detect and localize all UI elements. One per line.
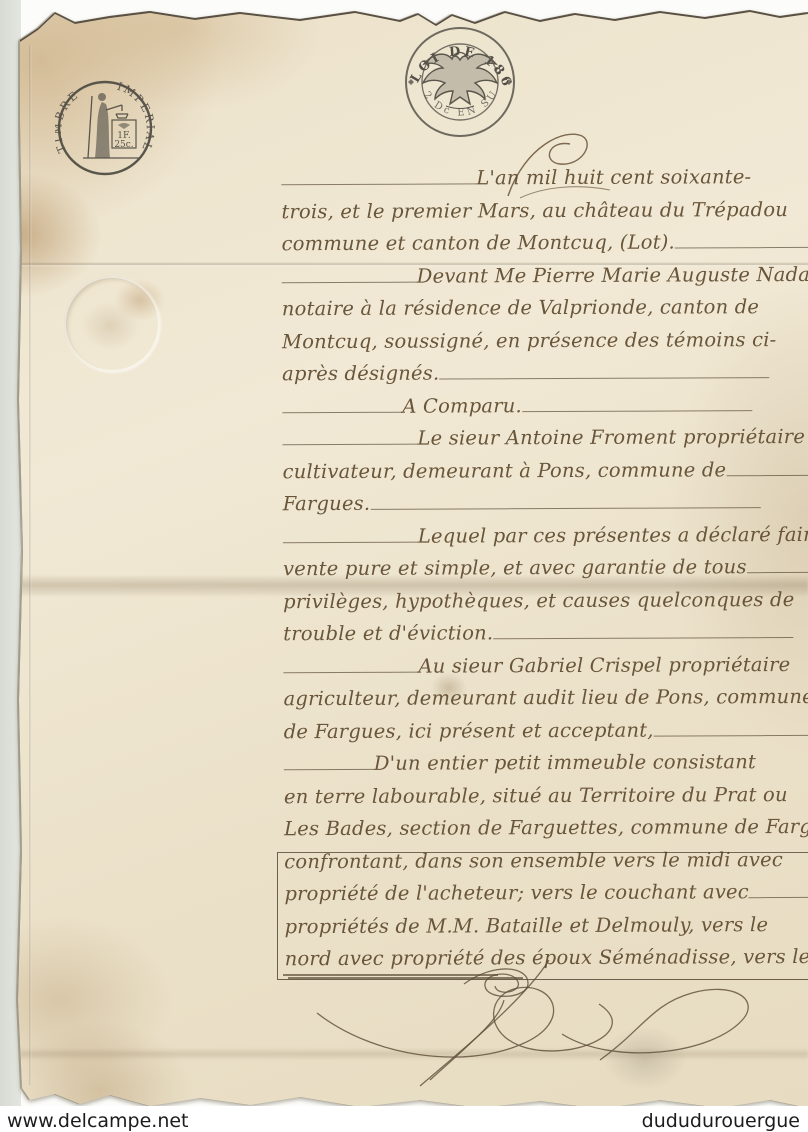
scanned-document-page: TIMBRE IMPERIAL. 1F. 25c. — [0, 0, 808, 1132]
stamp-value-bottom: 25c. — [114, 140, 133, 150]
ruled-fill-line — [439, 375, 769, 379]
svg-text:TIMBRE: TIMBRE — [55, 88, 82, 155]
handwritten-line: A Comparu. — [282, 388, 808, 423]
handwritten-line: L'an mil huit cent soixante- — [281, 161, 808, 196]
handwritten-line: Les Bades, section de Farguettes, commun… — [284, 811, 808, 846]
paraph-flourish-icon — [312, 958, 782, 1093]
ruled-fill-line — [522, 408, 752, 412]
embossed-eagle-seal-icon — [64, 276, 160, 372]
handwritten-line: Devant Me Pierre Marie Auguste Nadal — [282, 258, 808, 293]
ruled-fill-line — [370, 505, 760, 510]
ruled-fill-line — [654, 732, 808, 736]
ruled-fill-line — [282, 409, 402, 413]
handwritten-line: Fargues. — [283, 486, 808, 521]
handwritten-line: notaire à la résidence de Valprionde, ca… — [282, 291, 808, 326]
watermark-site-url: www.delcampe.net — [7, 1110, 189, 1132]
handwritten-line: vente pure et simple, et avec garantie d… — [283, 551, 808, 586]
handwritten-line: trois, et le premier Mars, au château du… — [281, 193, 808, 228]
handwritten-line: cultivateur, demeurant à Pons, commune d… — [283, 453, 808, 488]
fold-crease — [29, 45, 32, 1085]
ruled-fill-line — [282, 279, 417, 283]
handwritten-line: de Fargues, ici présent et acceptant, — [284, 713, 808, 748]
ruled-fill-line — [283, 669, 418, 673]
handwritten-line: après désignés. — [282, 356, 808, 391]
ruled-fill-line — [282, 442, 417, 446]
ruled-fill-line — [493, 635, 793, 639]
ruled-fill-line — [283, 539, 418, 543]
loi-1862-stamp: LOI DE 1862 2 Dc EN SUS — [394, 22, 526, 142]
watermark-strip: www.delcampe.net dududurouergue — [0, 1106, 808, 1132]
handwritten-line: Montcuq, soussigné, en présence des témo… — [282, 323, 808, 358]
ruled-fill-line — [726, 472, 808, 476]
aged-paper-sheet: TIMBRE IMPERIAL. 1F. 25c. — [0, 0, 808, 1132]
watermark-seller-name: dududurouergue — [642, 1110, 800, 1132]
handwritten-line: trouble et d'éviction. — [283, 616, 808, 651]
handwritten-line: Lequel par ces présentes a déclaré faire — [283, 518, 808, 553]
handwritten-line: Au sieur Gabriel Crispel propriétaire — [283, 648, 808, 683]
ruled-fill-line — [284, 767, 374, 770]
handwritten-line: en terre labourable, situé au Territoire… — [284, 778, 808, 813]
handwritten-line: commune et canton de Montcuq, (Lot). — [282, 226, 808, 261]
handwritten-line: agriculteur, demeurant audit lieu de Pon… — [283, 681, 808, 716]
ruled-fill-line — [675, 245, 808, 249]
handwritten-line: D'un entier petit immeuble consistant — [284, 746, 808, 781]
handwritten-line: privilèges, hypothèques, et causes quelc… — [283, 583, 808, 618]
stamp-arc-left: TIMBRE — [55, 88, 82, 155]
ruled-fill-line — [281, 181, 476, 185]
timbre-imperial-stamp: TIMBRE IMPERIAL. 1F. 25c. — [55, 70, 155, 186]
ruled-fill-line — [747, 570, 808, 573]
handwritten-line: Le sieur Antoine Froment propriétaire — [282, 421, 808, 456]
